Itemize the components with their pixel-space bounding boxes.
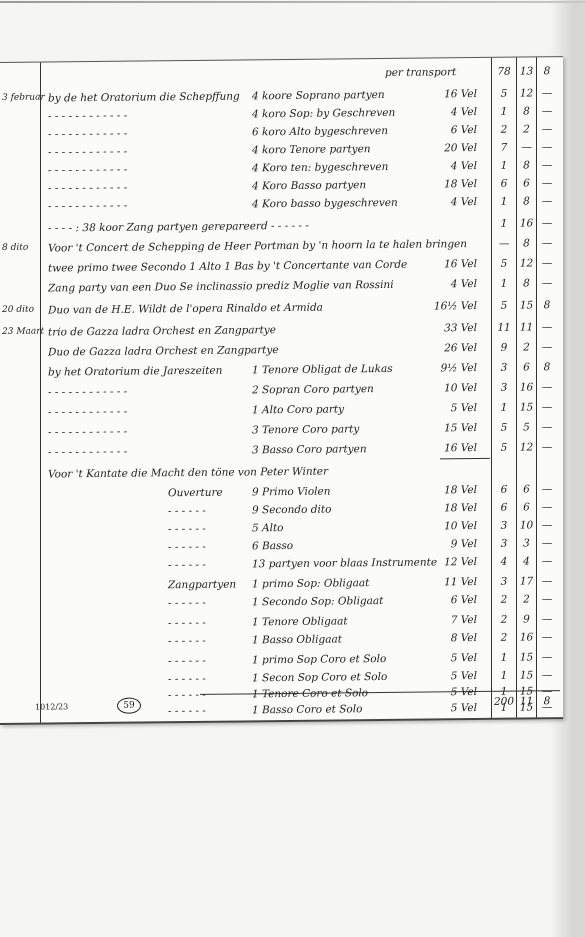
item-cell: 6 Basso: [252, 540, 293, 552]
stuivers-cell: 2: [517, 593, 536, 605]
penningen-cell: —: [537, 87, 557, 99]
sheets-amount-cell: 9½ Vel: [415, 362, 477, 375]
guilders-cell: 1: [493, 402, 515, 414]
penningen-cell: —: [537, 277, 557, 289]
item-cell: 1 primo Sop Coro et Solo: [252, 653, 386, 666]
guilders-cell: 2: [493, 614, 515, 626]
guilders-cell: 3: [493, 520, 515, 532]
description-cell: - - - - - - - - - - - -: [48, 163, 238, 177]
guilders-cell: 1: [493, 196, 515, 208]
stuivers-cell: 8: [517, 277, 536, 289]
sheets-amount-cell: 12 Vel: [415, 556, 477, 569]
guilders-cell: —: [493, 238, 515, 250]
stuivers-cell: 15: [517, 669, 536, 681]
guilders-cell: 2: [493, 594, 515, 606]
penningen-cell: —: [537, 575, 557, 587]
sheets-amount-cell: 26 Vel: [415, 342, 477, 355]
stuivers-cell: 12: [517, 87, 536, 99]
stuivers-cell: 6: [517, 483, 536, 495]
carried-guilders: 78: [493, 66, 515, 78]
guilders-cell: 3: [493, 362, 515, 374]
sheets-amount-cell: 4 Vel: [415, 196, 477, 209]
description-cell: Voor 't Kantate die Macht den töne von P…: [48, 466, 328, 481]
date-cell: 8 dito: [2, 243, 28, 253]
date-cell: 20 dito: [2, 305, 34, 315]
stuivers-cell: 8: [517, 195, 536, 207]
item-cell: 4 koro Sop: by Geschreven: [252, 107, 395, 121]
sheets-amount-cell: 5 Vel: [415, 670, 477, 683]
stuivers-cell: 12: [517, 257, 536, 269]
guilders-cell: 1: [493, 652, 515, 664]
stuivers-cell: 8: [517, 105, 536, 117]
description-cell: Voor 't Concert de Schepping de Heer Por…: [48, 238, 467, 254]
total-penningen: 8: [537, 695, 557, 707]
penningen-cell: —: [537, 401, 557, 413]
sheets-amount-cell: 11 Vel: [415, 576, 477, 589]
penningen-cell: —: [537, 519, 557, 531]
description-cell: twee primo twee Secondo 1 Alto 1 Bas by …: [48, 259, 408, 275]
sheets-amount-cell: 6 Vel: [415, 124, 477, 137]
sheets-amount-cell: 5 Vel: [415, 402, 477, 415]
penningen-cell: —: [537, 237, 557, 249]
guilders-cell: 1: [493, 670, 515, 682]
penningen-cell: —: [537, 177, 557, 189]
ledger-row: Zang party van een Duo Se inclinassio pr…: [0, 275, 563, 299]
underlying-sheet-edge: [0, 1, 585, 3]
penningen-cell: —: [537, 159, 557, 171]
stuivers-cell: 2: [517, 123, 536, 135]
penningen-cell: —: [537, 217, 557, 229]
item-cell: 13 partyen voor blaas Instrumente: [252, 556, 437, 570]
item-cell: 9 Primo Violen: [252, 486, 331, 499]
penningen-cell: —: [537, 195, 557, 207]
item-cell: 3 Basso Coro partyen: [252, 443, 367, 456]
item-cell: 1 Basso Obligaat: [252, 633, 342, 646]
guilders-cell: 3: [493, 538, 515, 550]
stuivers-cell: 16: [517, 631, 536, 643]
stuivers-cell: 16: [517, 381, 536, 393]
sheets-amount-cell: 10 Vel: [415, 382, 477, 395]
penningen-cell: —: [537, 141, 557, 153]
sheets-amount-cell: 18 Vel: [415, 178, 477, 191]
sheets-amount-cell: 15 Vel: [415, 422, 477, 435]
item-cell: 4 Koro Basso partyen: [252, 179, 366, 192]
penningen-cell: —: [537, 613, 557, 625]
penningen-cell: 8: [537, 299, 557, 311]
guilders-cell: 7: [493, 142, 515, 154]
description-cell: - - - - : 38 koor Zang partyen gereparee…: [48, 220, 309, 235]
stuivers-cell: 12: [517, 441, 536, 453]
sheets-amount-cell: [415, 218, 477, 219]
penningen-cell: 8: [537, 361, 557, 373]
penningen-cell: —: [537, 651, 557, 663]
guilders-cell: 5: [493, 300, 515, 312]
guilders-cell: 3: [493, 576, 515, 588]
stuivers-cell: 8: [517, 237, 536, 249]
guilders-cell: 4: [493, 556, 515, 568]
carried-penningen: 8: [537, 65, 557, 77]
guilders-cell: 2: [493, 124, 515, 136]
description-cell: Zangpartyen: [168, 579, 236, 592]
sheets-amount-cell: 8 Vel: [415, 632, 477, 645]
stuivers-cell: 10: [517, 519, 536, 531]
penningen-cell: —: [537, 593, 557, 605]
guilders-cell: 9: [493, 342, 515, 354]
description-cell: - - - - - - - - - - - -: [48, 385, 238, 399]
sheets-amount-cell: 18 Vel: [415, 484, 477, 497]
item-cell: 4 Koro ten: bygeschreven: [252, 161, 388, 174]
stuivers-cell: 9: [517, 613, 536, 625]
sheets-amount-cell: 33 Vel: [415, 322, 477, 335]
carried-forward-row: per transport 78 13 8: [0, 63, 563, 87]
sheets-amount-cell: 16½ Vel: [415, 300, 477, 313]
item-cell: 4 koore Soprano partyen: [252, 89, 385, 102]
stuivers-cell: 17: [517, 575, 536, 587]
archive-reference: 1012/23: [35, 702, 68, 711]
guilders-cell: 5: [493, 422, 515, 434]
item-cell: 4 koro Tenore partyen: [252, 143, 371, 156]
sheets-amount-cell: 10 Vel: [415, 520, 477, 533]
sheets-amount-cell: 4 Vel: [415, 160, 477, 173]
description-cell: by de het Oratorium die Schepffung: [48, 90, 240, 104]
ledger-row: 20 ditoDuo van de H.E. Wildt de l'opera …: [0, 297, 563, 321]
penningen-cell: —: [537, 421, 557, 433]
penningen-cell: —: [537, 501, 557, 513]
item-cell: 6 koro Alto bygeschreven: [252, 125, 388, 138]
stuivers-cell: 4: [517, 555, 536, 567]
guilders-cell: 6: [493, 502, 515, 514]
item-cell: 1 Tenore Obligaat: [252, 615, 348, 628]
penningen-cell: —: [537, 669, 557, 681]
guilders-cell: 1: [493, 278, 515, 290]
sheets-amount-cell: [415, 464, 477, 465]
item-cell: 1 Secondo Sop: Obligaat: [252, 595, 383, 608]
description-cell: - - - - - - - - - - - -: [48, 425, 238, 439]
item-cell: 4 Koro basso bygeschreven: [252, 197, 398, 211]
section-underline: [440, 458, 490, 460]
penningen-cell: —: [537, 105, 557, 117]
transport-label: per transport: [385, 66, 456, 79]
description-cell: - - - - - - - - - - - -: [48, 181, 238, 195]
description-cell: - - - - - - - - - - - -: [48, 405, 238, 419]
description-cell: Duo van de H.E. Wildt de l'opera Rinaldo…: [48, 302, 323, 317]
sheets-amount-cell: 16 Vel: [415, 258, 477, 271]
guilders-cell: 2: [493, 632, 515, 644]
carried-stuivers: 13: [517, 65, 536, 77]
item-cell: 1 Alto Coro party: [252, 403, 344, 416]
guilders-cell: 5: [493, 258, 515, 270]
stuivers-cell: 5: [517, 421, 536, 433]
description-cell: trio de Gazza ladra Orchest en Zangparty…: [48, 324, 276, 338]
description-cell: by het Oratorium die Jareszeiten: [48, 365, 222, 379]
guilders-cell: 1: [493, 218, 515, 230]
stuivers-cell: 15: [517, 299, 536, 311]
guilders-cell: 11: [493, 322, 515, 334]
description-cell: - - - - - - - - - - - -: [48, 445, 238, 459]
sheets-amount-cell: 18 Vel: [415, 502, 477, 515]
guilders-cell: 5: [493, 442, 515, 454]
stuivers-cell: 11: [517, 321, 536, 333]
sheets-amount-cell: 5 Vel: [415, 652, 477, 665]
penningen-cell: —: [537, 631, 557, 643]
stuivers-cell: 6: [517, 177, 536, 189]
description-cell: Ouverture: [168, 487, 223, 500]
stuivers-cell: 3: [517, 537, 536, 549]
penningen-cell: —: [537, 381, 557, 393]
penningen-cell: —: [537, 537, 557, 549]
item-cell: 9 Secondo dito: [252, 504, 331, 517]
item-cell: 3 Tenore Coro party: [252, 423, 359, 436]
item-cell: 2 Sopran Coro partyen: [252, 383, 374, 396]
description-cell: - - - - - - - - - - - -: [48, 145, 238, 159]
guilders-cell: 1: [493, 106, 515, 118]
item-cell: 1 Secon Sop Coro et Solo: [252, 671, 387, 684]
penningen-cell: —: [537, 257, 557, 269]
description-cell: Zang party van een Duo Se inclinassio pr…: [48, 279, 394, 295]
description-cell: - - - - - - - - - - - -: [48, 127, 238, 141]
sheets-amount-cell: 16 Vel: [415, 442, 477, 455]
ledger-row: - - - - - - - - - - - -3 Basso Coro part…: [0, 439, 563, 463]
date-cell: 3 februar: [2, 93, 45, 103]
penningen-cell: —: [537, 341, 557, 353]
stuivers-cell: 15: [517, 401, 536, 413]
penningen-cell: —: [537, 555, 557, 567]
stuivers-cell: 16: [517, 217, 536, 229]
guilders-cell: 6: [493, 484, 515, 496]
stuivers-cell: 15: [517, 651, 536, 663]
sheets-amount-cell: 20 Vel: [415, 142, 477, 155]
item-cell: 5 Alto: [252, 522, 284, 534]
sheets-amount-cell: 7 Vel: [415, 614, 477, 627]
item-cell: 1 primo Sop: Obligaat: [252, 577, 369, 590]
sheets-amount-cell: 16 Vel: [415, 88, 477, 101]
date-cell: 23 Maart: [2, 327, 44, 337]
description-cell: - - - - - - - - - - - -: [48, 199, 238, 213]
stuivers-cell: —: [517, 141, 536, 153]
total-guilders: 200: [493, 696, 515, 708]
item-cell: 1 Tenore Obligat de Lukas: [252, 363, 393, 376]
stuivers-cell: 6: [517, 501, 536, 513]
penningen-cell: —: [537, 483, 557, 495]
sheets-amount-cell: 4 Vel: [415, 106, 477, 119]
penningen-cell: —: [537, 123, 557, 135]
description-cell: - - - - - - - - - - - -: [48, 109, 238, 123]
stuivers-cell: 6: [517, 361, 536, 373]
guilders-cell: 6: [493, 178, 515, 190]
stuivers-cell: 2: [517, 341, 536, 353]
sheets-amount-cell: 4 Vel: [415, 278, 477, 291]
penningen-cell: —: [537, 441, 557, 453]
sheets-amount-cell: 9 Vel: [415, 538, 477, 551]
sheets-amount-cell: 6 Vel: [415, 594, 477, 607]
total-stuivers: 11: [517, 695, 536, 707]
guilders-cell: 3: [493, 382, 515, 394]
guilders-cell: 5: [493, 88, 515, 100]
description-cell: Duo de Gazza ladra Orchest en Zangpartye: [48, 344, 279, 358]
ledger-sheet: per transport 78 13 8 3 februarby de het…: [0, 56, 563, 725]
stuivers-cell: 8: [517, 159, 536, 171]
penningen-cell: —: [537, 321, 557, 333]
guilders-cell: 1: [493, 160, 515, 172]
